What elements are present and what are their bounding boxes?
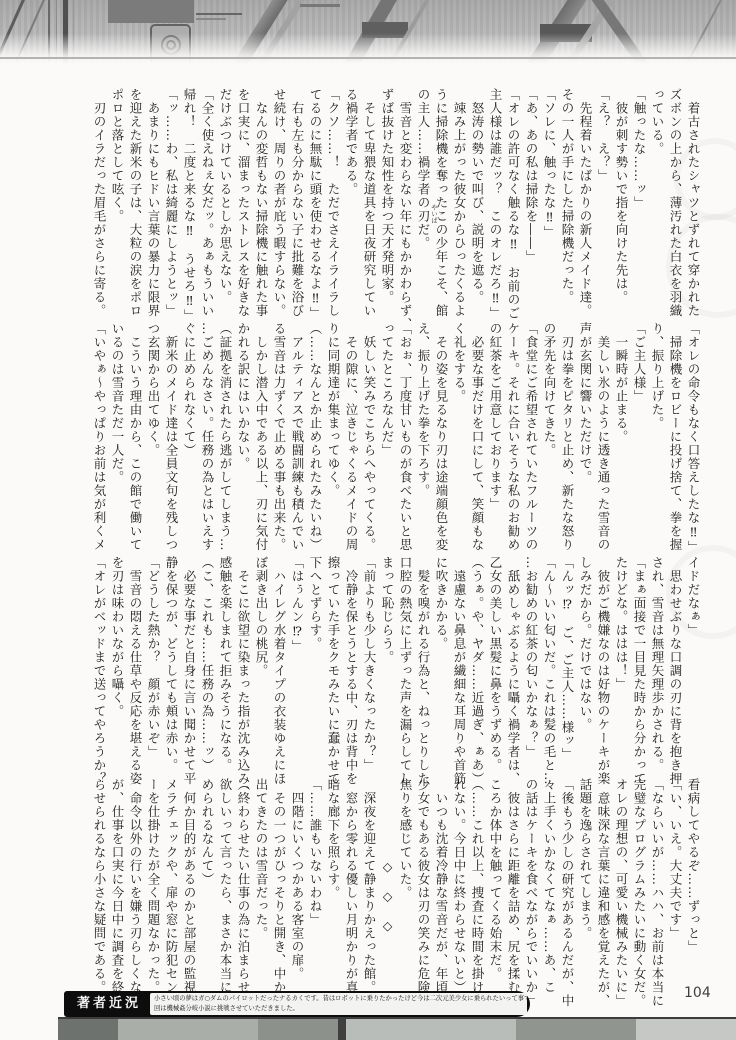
text-line: 話題を逸らされてしまう。 (576, 778, 594, 1010)
text-line: ズボンの上から、薄汚れた白衣を羽織 (666, 88, 684, 320)
text-line: 「あ、あの私は掃除を――」 (522, 88, 540, 320)
text-band-2: 「オレの命令もなく口答えしたな‼」 掃除機をロビーに投げ捨て、拳を握り、振り上げ… (90, 322, 702, 554)
text-line: 擦っていた手をクモみたいに蠢かせて (324, 556, 342, 788)
text-line: 刃のイラだった眉毛がさらに寄る。 (90, 88, 108, 320)
text-line: しかし潜入中である以上、刃に気付 (252, 322, 270, 554)
text-line: 新米のメイド達は全員文句を残しつ (162, 322, 180, 554)
text-line: 美しい氷のように透き通った雪音の (594, 322, 612, 554)
text-line: メラチェックや、扉や窓に防犯センサ (162, 778, 180, 1010)
text-line: 掃除機をロビーに投げ捨て、拳を握 (666, 322, 684, 554)
text-line: 必要な事だけを口にして、笑顔もな (468, 322, 486, 554)
text-line: たけどな。ははは！」 (612, 556, 630, 788)
text-line: 帰れ！ 二度と来るな‼ うせろ‼」 (180, 88, 198, 320)
text-line: ころか体中を触ってくる始末だ。 (486, 778, 504, 1010)
text-line: 暗な廊下を照らす。 (324, 778, 342, 1010)
text-line: 「ん～いい匂いだ。これは髪の毛と… (540, 556, 558, 788)
text-line: ぐに止められなくて） (180, 322, 198, 554)
text-line: 一瞬時が止まる。 (612, 322, 630, 554)
text-line: っている。 (648, 88, 666, 320)
text-line: いるのは雪音ただ一人だ。 (108, 322, 126, 554)
text-line: 「はぅんン⁉」 (288, 556, 306, 788)
text-line: ポロと落として呟く。 (108, 88, 126, 320)
text-line: （うぁ。や、ヤダ……近過ぎ、ぁあ） (468, 556, 486, 788)
page-number: 104 (684, 985, 711, 1001)
text-line: 怒涛の勢いで叫び、説明を遮る。 (468, 88, 486, 320)
text-line: 必要な事だと自身に言い聞かせて平 (180, 556, 198, 788)
text-line: りに同期達が集まってゆく。 (324, 322, 342, 554)
author-note-footer: 著者近況 小さい頃の夢はガ○ダムのパイロットだったナるカくです。昔はロボットに乗… (64, 991, 530, 1017)
text-line: しみだから。だけではない。 (576, 556, 594, 788)
footer-textbox: 小さい頃の夢はガ○ダムのパイロットだったナるカくです。昔はロボットに乗りたかった… (150, 993, 527, 1015)
text-line: 刃は拳をピタリと止め、新たな怒り (558, 322, 576, 554)
text-line: 雪音の悶える仕草や反応を堪える姿 (126, 556, 144, 788)
text-line: 「ならいいが……ハハ、お前は本当に (648, 778, 666, 1010)
text-line: 「……誰もいないわね」 (306, 778, 324, 1010)
header-artwork (0, 0, 736, 64)
text-line: 髪を嗅がれる行為と、ねっとりした (414, 556, 432, 788)
text-band-4: 看病してやるぞ……ずっと」「い、いえ。大丈夫です」「ならいいが……ハハ、お前は本… (90, 778, 702, 1010)
text-line: 着古されたシャツとずれて穿かれた (684, 88, 702, 320)
text-line: だけぶつけているとしか思えない。 (216, 88, 234, 320)
text-line: （……これ以上、捜査に時間を掛けら (468, 778, 486, 1010)
header-bottom-line (0, 57, 736, 59)
text-line: 「オレの命令もなく口答えしたな‼」 (684, 322, 702, 554)
text-line: つ玄関から出てゆく。 (144, 322, 162, 554)
text-line: イドだなぁ」 (684, 556, 702, 788)
text-line: を刃は味わいながら囁く。 (108, 556, 126, 788)
text-line: 「おぉ、丁度甘いものが食べたいと思 (396, 322, 414, 554)
page: 着古されたシャツとずれて穿かれたズボンの上から、薄汚れた白衣を羽織っている。「触… (0, 0, 736, 1040)
text-line: 「どうした熱か？ 顔が赤いぞ」 (144, 556, 162, 788)
bottom-strip-panel (338, 1019, 346, 1040)
text-line: 深夜を迎えて静まりかえった館。 (360, 778, 378, 1010)
text-line: 「オレの許可なく触るな‼ お前のご (504, 88, 522, 320)
text-line: 命令以外の行いを嫌う刃らしくない (126, 778, 144, 1010)
text-line: いつも沈着冷静な雪音だが、年頃の (432, 778, 450, 1010)
text-line: 々上手くいかなくてなぁ……あ、こ (540, 778, 558, 1010)
text-line: こういう理由から、この館で働いて (126, 322, 144, 554)
text-line: 四階にいくつかある客室の扉。 (288, 778, 306, 1010)
text-band-1: 着古されたシャツとずれて穿かれたズボンの上から、薄汚れた白衣を羽織っている。「触… (90, 88, 702, 320)
text-line: 主人様は誰だッ？ このオレだろ‼」 (486, 88, 504, 320)
text-line: その一つがひっそりと開き、中から (270, 778, 288, 1010)
text-line: オレの理想の、可愛い機械みたいに」 (612, 778, 630, 1010)
text-line: 少女でもある彼女は刃の笑みに危険と (414, 778, 432, 1010)
text-line: を迎えた新米の子は、大粒の涙をポロ (126, 88, 144, 320)
text-line: 何か目的があるのかと部屋の監視カ (180, 778, 198, 1010)
text-line: かれる訳にはいかない。 (234, 322, 252, 554)
text-line: …お勧めの紅茶の匂いかなぁ？」 (522, 556, 540, 788)
text-line: 完璧なプログラムみたいに動く女だ。 (630, 778, 648, 1010)
text-line: に吹きかかる。 (432, 556, 450, 788)
text-line: （証拠を消されたら逃がしてしまう… (216, 322, 234, 554)
text-line: そして卑猥な道具を日夜研究してい (360, 88, 378, 320)
text-line: 看病してやるぞ……ずっと」 (684, 778, 702, 1010)
text-line: 「ソレに、触ったな‼」 (540, 88, 558, 320)
text-line: 妖しい笑みでこちらへやってくる。 (360, 322, 378, 554)
bottom-artwork-strip (58, 1017, 736, 1040)
text-line: ずば抜けた知性を持つ天才発明家。 (378, 88, 396, 320)
text-line: （終わらせたい仕事の為に泊まらせて (234, 778, 252, 1010)
text-line: 「ッ……わ、私は綺麗にしようとッ」 (162, 88, 180, 320)
text-line: 冷静を保とうとする中、刃は背中を (342, 556, 360, 788)
text-line: …ごめんなさい。任務の為とはいえす (198, 322, 216, 554)
text-line: 乙女の美しい黒髪に鼻をうずめる。 (486, 556, 504, 788)
header-fade (0, 0, 736, 64)
text-line: 静を保つが、どうしても頬は赤い。 (162, 556, 180, 788)
text-line: く礼をする。 (450, 322, 468, 554)
text-line: その隙に、泣きじゃくるメイドの周 (342, 322, 360, 554)
text-line: 彼がご機嫌なのは好物のケーキが楽 (594, 556, 612, 788)
text-line: そこに欲望に染まった指が沈み込み、 (234, 556, 252, 788)
text-band-3: イドだなぁ」 思わせぶりな口調の刃に背を抱き押され、雪音は無理矢理歩かされる。「… (90, 556, 702, 788)
text-line: 出てきたのは雪音だった。 (252, 778, 270, 1010)
footer-text-line1: 小さい頃の夢はガ○ダムのパイロットだったナるカくです。昔はロボットに乗りたかった… (154, 994, 523, 1004)
text-line: らせられるなら小さな疑問である。 (90, 778, 108, 1010)
text-line: る禍学者である。 (342, 88, 360, 320)
text-line: （……なんとか止められたみたいね） (306, 322, 324, 554)
text-line: 舐めしゃぶるように囁く禍学者は、 (504, 556, 522, 788)
text-line: の紅茶をご用意しております」 (486, 322, 504, 554)
text-line: 先程着いたばかりの新人メイド達。 (576, 88, 594, 320)
furigana-yaiba: やいば (430, 204, 439, 224)
text-line: 竦み上がった彼女からひったくるよ (450, 88, 468, 320)
text-line: （こ、これも……任務の為……ッ） (198, 556, 216, 788)
text-line: あまりにもヒドい言葉の暴力に限界 (144, 88, 162, 320)
text-line: ハイレグ水着タイプの衣装ゆえにほ (270, 556, 288, 788)
bottom-strip-panel (58, 1019, 118, 1040)
text-line: 「いやぁ～やっぱりお前は気が利くメ (90, 322, 108, 554)
text-line: え、振り上げた拳を下ろす。 (414, 322, 432, 554)
bottom-strip-panel (258, 1019, 338, 1040)
text-line: アルティアスで戦闘訓練も積んでい (288, 322, 306, 554)
text-line: その一人が手にした掃除機だった。 (558, 88, 576, 320)
text-line: 雪音と変わらない年にもかかわらず、 (396, 88, 414, 320)
text-line: れない。今日中に終わらせないと） (450, 778, 468, 1010)
text-line: 彼が刺す勢いで指を向けた先は。 (612, 88, 630, 320)
text-line: 「食堂にご希望されていたフルーツの (522, 322, 540, 554)
text-line: り、振り上げた。 (648, 322, 666, 554)
text-line: てるのに無駄に頭を使わせるなよ‼」 (306, 88, 324, 320)
text-line: 下へとずらす。 (306, 556, 324, 788)
text-line: ぼ剥き出しの桃尻。 (252, 556, 270, 788)
text-line: 思わせぶりな口調の刃に背を抱き押 (666, 556, 684, 788)
text-line: 「オレがベッドまで送ってやろうか？ (90, 556, 108, 788)
text-line: 窓から零れる優しい月明かりが真っ (342, 778, 360, 1010)
text-line: 意味深な言葉に違和感を覚えたが、 (594, 778, 612, 1010)
text-line: 彼はさらに距離を詰め、尻を揉むど (504, 778, 522, 1010)
footer-label: 著者近況 (77, 991, 141, 1017)
text-line: せ続け、周りの者が庇う暇すらない。 (270, 88, 288, 320)
text-line: まって恥じらう。 (378, 556, 396, 788)
text-line: められるなんて） (198, 778, 216, 1010)
bottom-strip-panel (346, 1019, 516, 1040)
text-line: 声が玄関に響いただけで。 (576, 322, 594, 554)
text-line: 「え？ え？」 (594, 88, 612, 320)
text-line: ーを仕掛けたが全く問題なかった。 (144, 778, 162, 1010)
text-line: を口実に、溜まったストレスを好きな (234, 88, 252, 320)
text-line: 「まぁ面接で一目見た時から分かって (630, 556, 648, 788)
text-line: なんの変哲もない掃除機に触れた事 (252, 88, 270, 320)
text-line: が、仕事を口実に今日中に調査を終わ (108, 778, 126, 1010)
text-line: 欲しいって言ったら、まさか本当に認 (216, 778, 234, 1010)
text-line: 口腔の熱気に上ずった声を漏らしてし (396, 556, 414, 788)
footer-text-line2: 回は機械姦分岐小説に挑戦させていただきました。 (154, 1004, 523, 1014)
text-line: 「んッ⁉ ご、ご主人……様ッ」 (558, 556, 576, 788)
text-line: 「後もう少しの研究があるんだが、中 (558, 778, 576, 1010)
text-line: 遠慮ない鼻息が繊細な耳周りや首筋 (450, 556, 468, 788)
text-line: の矛先を向けてきた。 (540, 322, 558, 554)
bottom-strip-panel (118, 1019, 258, 1040)
text-line: ◇ ◇ ◇ (378, 778, 396, 1010)
bottom-strip-panel (516, 1019, 636, 1040)
text-line: 焦りを感じていた。 (396, 778, 414, 1010)
text-line: 「い、いえ。大丈夫です」 (666, 778, 684, 1010)
text-line: の話はケーキを食べながらでいいか」 (522, 778, 540, 1010)
text-line: その姿を見るなり刃は途端顔色を変 (432, 322, 450, 554)
text-line: 「前よりも少し大きくなったか？」 (360, 556, 378, 788)
text-line: る雪音は力ずくで止める事も出来た。 (270, 322, 288, 554)
text-line: 「ご主人様」 (630, 322, 648, 554)
text-line: 右も左も分からない子に批難を浴び (288, 88, 306, 320)
text-line: され、雪音は無理矢理歩かされる。 (648, 556, 666, 788)
text-line: ってたところなんだ」 (378, 322, 396, 554)
text-line: ケーキ。それに合いそうな私のお勧め (504, 322, 522, 554)
bottom-strip-panel (636, 1019, 736, 1040)
text-line: 「全く使えねぇ女だッ。あぁもういい (198, 88, 216, 320)
text-line: 「クソ……！ ただでさえイライラし (324, 88, 342, 320)
text-line: 「触ったな……ッ」 (630, 88, 648, 320)
text-line: 感触を楽しまれて拒みそうになる。 (216, 556, 234, 788)
